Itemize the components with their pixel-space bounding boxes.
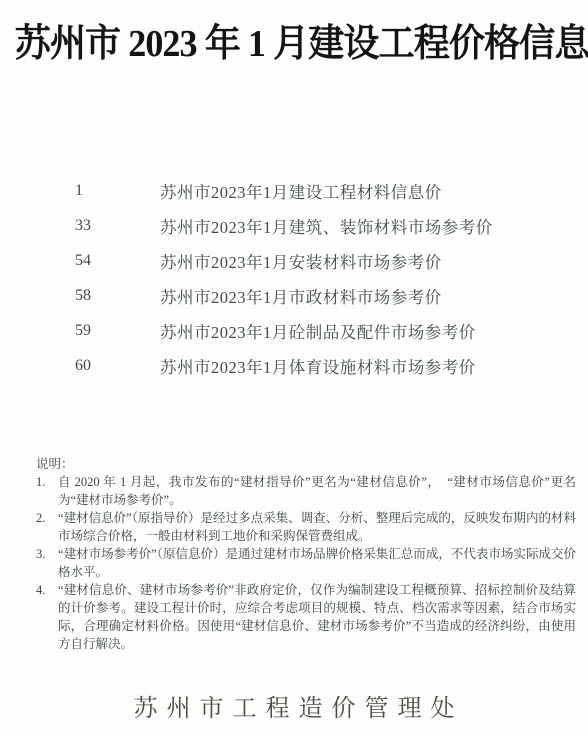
toc-page-number: 54 (75, 252, 160, 270)
note-text: 自 2020 年 1 月起，我市发布的“建材指导价”更名为“建材信息价”， “建… (58, 473, 576, 509)
toc-entry: 33 苏州市2023年1月建筑、装饰材料市场参考价 (75, 208, 558, 243)
notes-heading: 说明： (36, 455, 576, 473)
toc-entry-title: 苏州市2023年1月体育设施材料市场参考价 (160, 354, 476, 378)
note-number: 3. (36, 545, 58, 581)
toc-entry-title: 苏州市2023年1月安装材料市场参考价 (160, 249, 442, 273)
note-number: 4. (36, 581, 58, 653)
toc-page-number: 59 (75, 322, 160, 340)
note-item: 3. “建材市场参考价”（原信息价）是通过建材市场品牌价格采集汇总而成，不代表市… (36, 545, 576, 581)
toc-entry: 58 苏州市2023年1月市政材料市场参考价 (75, 278, 558, 313)
toc-entry: 54 苏州市2023年1月安装材料市场参考价 (75, 243, 558, 278)
note-text: “建材信息价、建材市场参考价”非政府定价，仅作为编制建设工程概预算、招标控制价及… (58, 581, 576, 653)
toc-entry: 59 苏州市2023年1月砼制品及配件市场参考价 (75, 313, 558, 348)
toc-entry-title: 苏州市2023年1月市政材料市场参考价 (160, 284, 442, 308)
note-number: 2. (36, 509, 58, 545)
toc-page-number: 58 (75, 287, 160, 305)
toc-page-number: 1 (75, 182, 160, 200)
note-text: “建材市场参考价”（原信息价）是通过建材市场品牌价格采集汇总而成，不代表市场实际… (58, 545, 576, 581)
table-of-contents: 1 苏州市2023年1月建设工程材料信息价 33 苏州市2023年1月建筑、装饰… (75, 173, 558, 383)
toc-entry-title: 苏州市2023年1月建设工程材料信息价 (160, 179, 442, 203)
toc-page-number: 60 (75, 357, 160, 375)
toc-entry-title: 苏州市2023年1月建筑、装饰材料市场参考价 (160, 214, 493, 238)
note-item: 2. “建材信息价”（原指导价）是经过多点采集、调查、分析、整理后完成的，反映发… (36, 509, 576, 545)
note-item: 4. “建材信息价、建材市场参考价”非政府定价，仅作为编制建设工程概预算、招标控… (36, 581, 576, 653)
document-title: 苏州市 2023 年 1 月建设工程价格信息 (15, 12, 574, 67)
note-item: 1. 自 2020 年 1 月起，我市发布的“建材指导价”更名为“建材信息价”，… (36, 473, 576, 509)
note-text: “建材信息价”（原指导价）是经过多点采集、调查、分析、整理后完成的，反映发布期内… (58, 509, 576, 545)
note-number: 1. (36, 473, 58, 509)
toc-entry: 1 苏州市2023年1月建设工程材料信息价 (75, 173, 558, 208)
toc-entry: 60 苏州市2023年1月体育设施材料市场参考价 (75, 348, 558, 383)
publisher-name: 苏州市工程造价管理处 (0, 688, 588, 723)
toc-entry-title: 苏州市2023年1月砼制品及配件市场参考价 (160, 319, 476, 343)
toc-page-number: 33 (75, 217, 160, 235)
document-page: 苏州市 2023 年 1 月建设工程价格信息 1 苏州市2023年1月建设工程材… (0, 0, 588, 733)
notes-section: 说明： 1. 自 2020 年 1 月起，我市发布的“建材指导价”更名为“建材信… (36, 455, 576, 653)
